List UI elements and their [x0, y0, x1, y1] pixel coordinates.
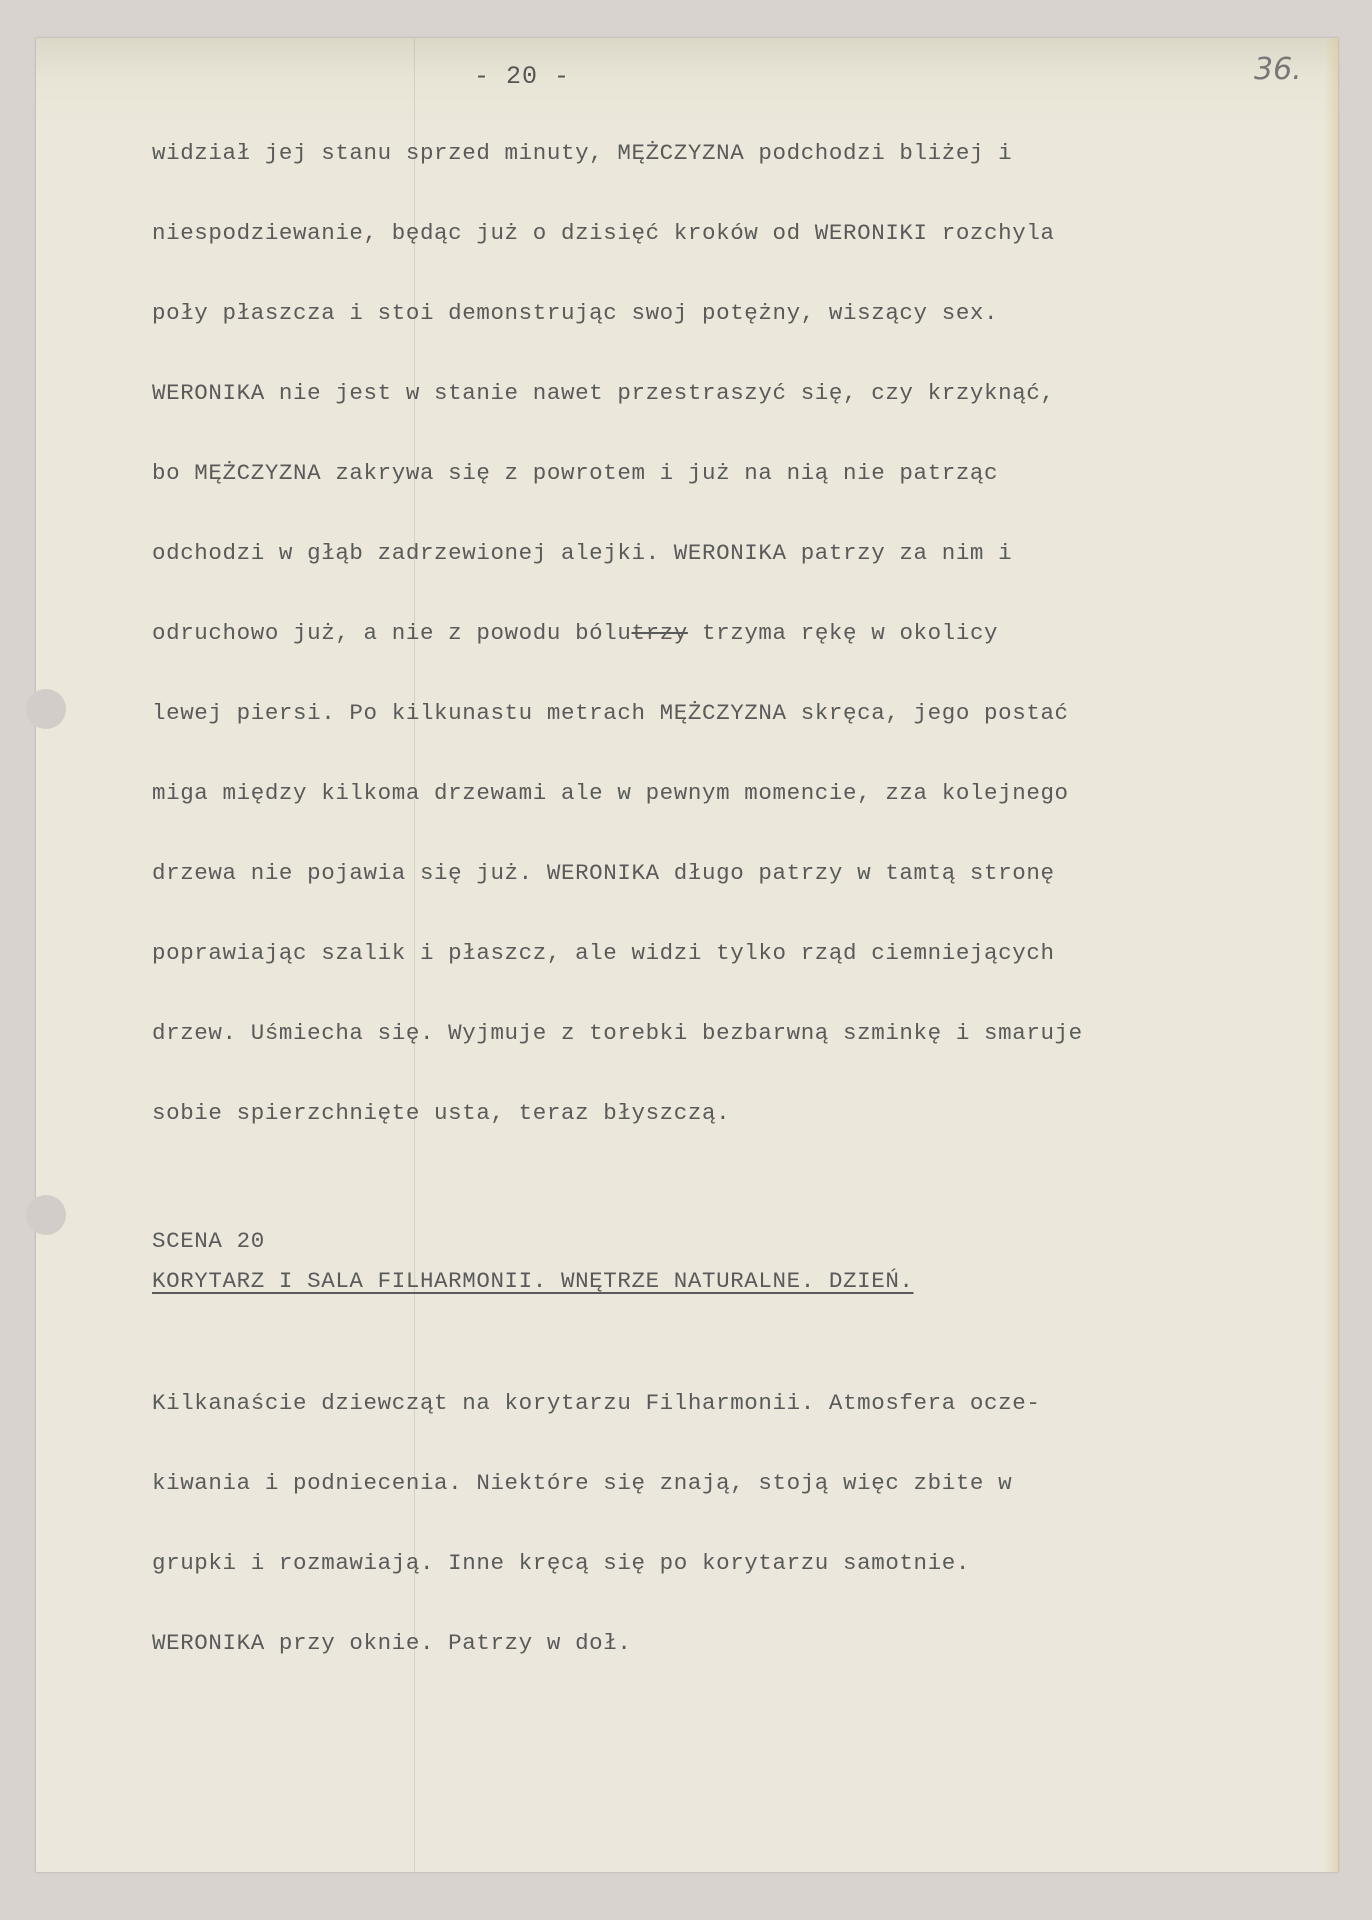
- text-line: poprawiając szalik i płaszcz, ale widzi …: [152, 940, 1055, 966]
- text-line-with-correction: odruchowo już, a nie z powodu bólutrzy t…: [152, 620, 998, 646]
- handwritten-page-number: 36.: [1254, 52, 1302, 87]
- text-line: widział jej stanu sprzed minuty, MĘŻCZYZ…: [152, 140, 1012, 166]
- text-line: drzew. Uśmiecha się. Wyjmuje z torebki b…: [152, 1020, 1083, 1046]
- scene-number: SCENA 20: [152, 1228, 265, 1254]
- text-fragment: odruchowo już, a nie z powodu bólu: [152, 620, 631, 646]
- text-line: WERONIKA nie jest w stanie nawet przestr…: [152, 380, 1055, 406]
- text-line: lewej piersi. Po kilkunastu metrach MĘŻC…: [152, 700, 1069, 726]
- text-line: sobie spierzchnięte usta, teraz błyszczą…: [152, 1100, 730, 1126]
- scene-heading: KORYTARZ I SALA FILHARMONII. WNĘTRZE NAT…: [152, 1268, 914, 1294]
- struck-through-text: trzy: [631, 620, 687, 646]
- text-line: WERONIKA przy oknie. Patrzy w doł.: [152, 1630, 631, 1656]
- typed-page-number: - 20 -: [474, 62, 570, 91]
- punch-hole-icon: [26, 1195, 66, 1235]
- text-line: bo MĘŻCZYZNA zakrywa się z powrotem i ju…: [152, 460, 998, 486]
- text-line: niespodziewanie, będąc już o dzisięć kro…: [152, 220, 1055, 246]
- text-line: kiwania i podniecenia. Niektóre się znaj…: [152, 1470, 1012, 1496]
- text-line: odchodzi w głąb zadrzewionej alejki. WER…: [152, 540, 1012, 566]
- text-line: drzewa nie pojawia się już. WERONIKA dłu…: [152, 860, 1055, 886]
- punch-hole-icon: [26, 689, 66, 729]
- text-line: poły płaszcza i stoi demonstrując swoj p…: [152, 300, 998, 326]
- text-fragment: trzyma rękę w okolicy: [688, 620, 998, 646]
- text-line: Kilkanaście dziewcząt na korytarzu Filha…: [152, 1390, 1040, 1416]
- text-line: grupki i rozmawiają. Inne kręcą się po k…: [152, 1550, 970, 1576]
- text-line: miga między kilkoma drzewami ale w pewny…: [152, 780, 1069, 806]
